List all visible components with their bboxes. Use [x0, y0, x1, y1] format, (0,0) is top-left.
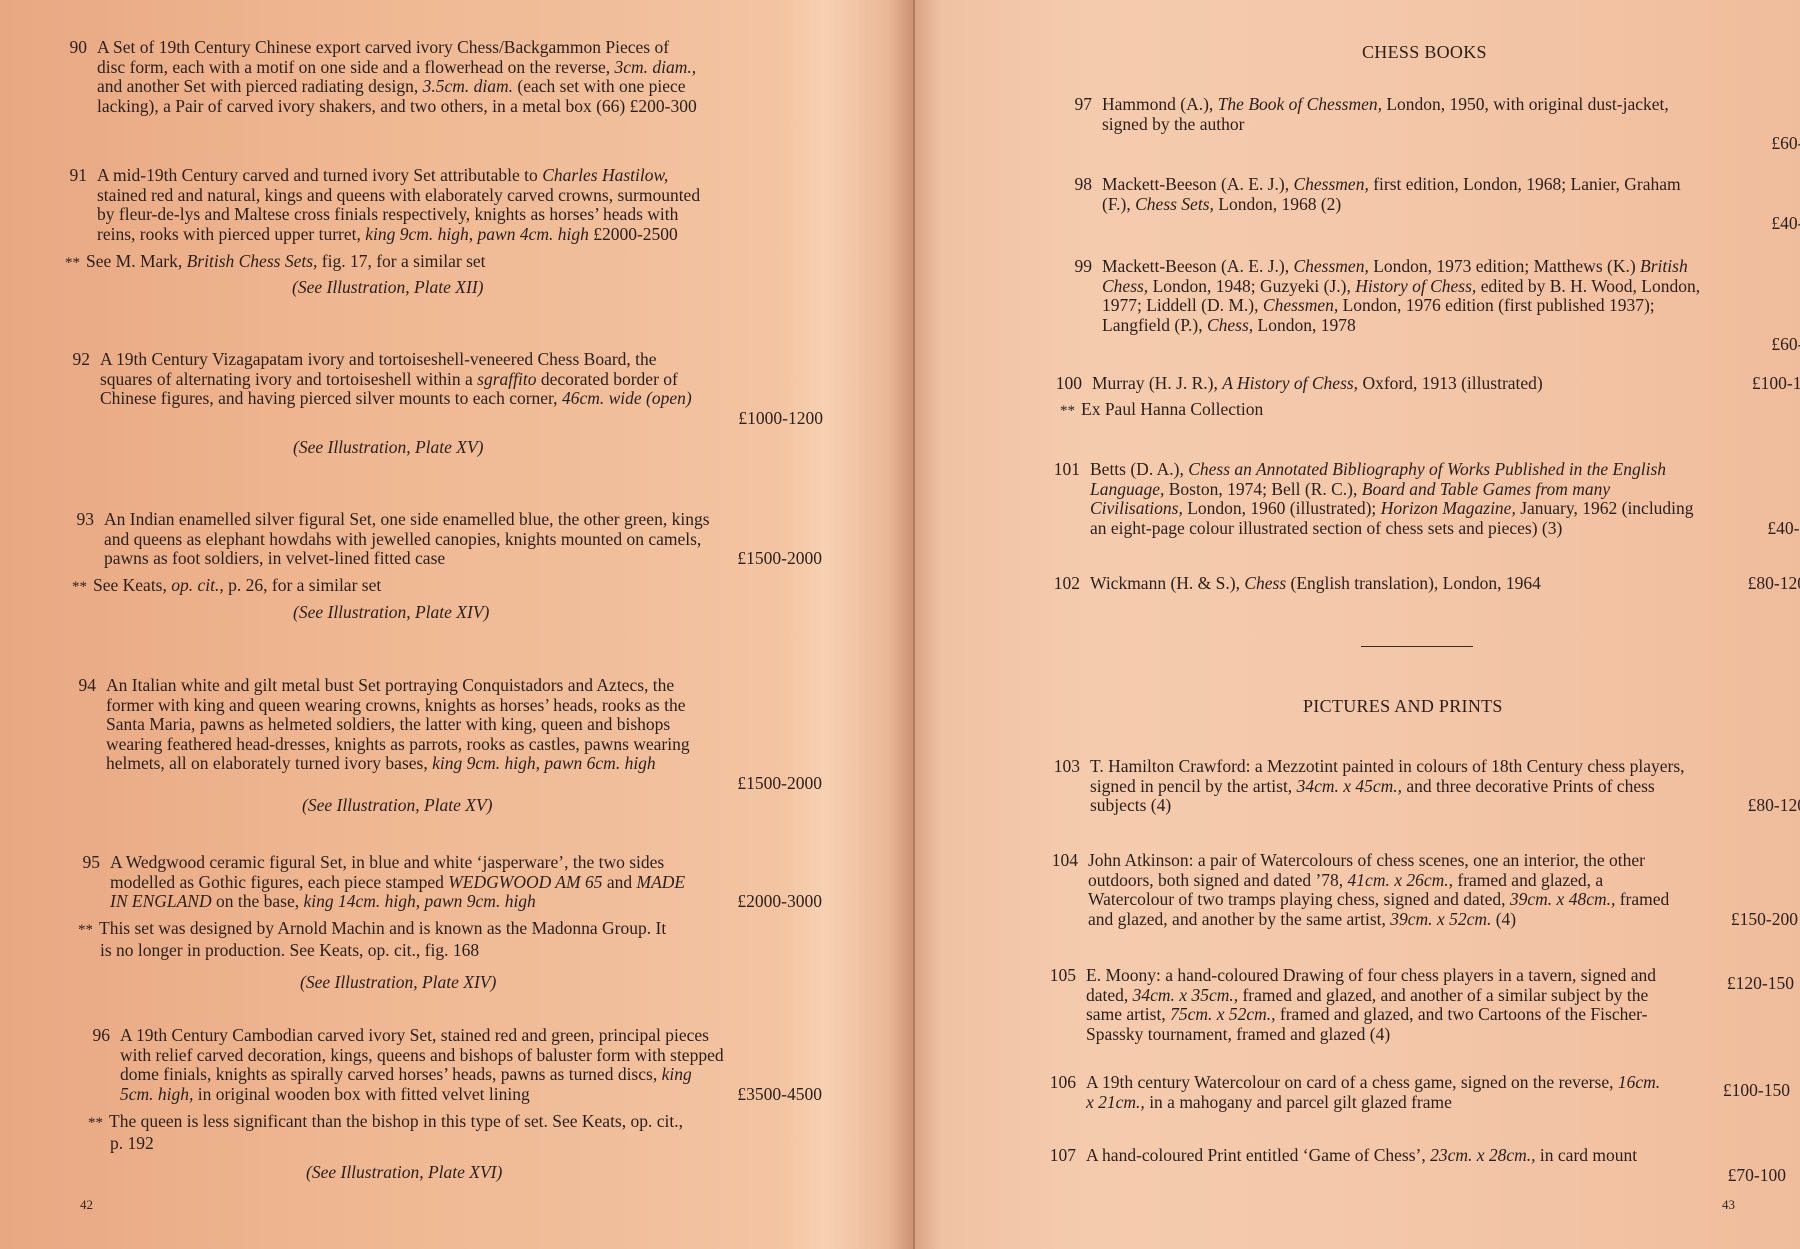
- lot-description: A 19th century Watercolour on card of a …: [1086, 1073, 1790, 1112]
- lot-estimate: £3500-4500: [737, 1085, 822, 1105]
- lot-description: E. Moony: a hand-coloured Drawing of fou…: [1086, 966, 1794, 1044]
- lot-number: 105: [1044, 966, 1076, 986]
- description-line: signed by the author: [1102, 115, 1800, 135]
- asterisk-icon: **: [1060, 403, 1075, 419]
- lot-number: 107: [1044, 1146, 1076, 1166]
- lot-note: **This set was designed by Arnold Machin…: [78, 919, 822, 960]
- note-line: p. 192: [88, 1134, 822, 1154]
- illustration-reference: (See Illustration, Plate XVI): [306, 1163, 502, 1183]
- lot-number: 95: [68, 853, 100, 873]
- lot-description: John Atkinson: a pair of Watercolours of…: [1088, 851, 1798, 929]
- page-number-left: 42: [80, 1197, 93, 1213]
- lot-number: 106: [1044, 1073, 1076, 1093]
- description-line: E. Moony: a hand-coloured Drawing of fou…: [1086, 966, 1794, 986]
- lot-number: 91: [55, 166, 87, 186]
- note-line: **The queen is less significant than the…: [88, 1112, 822, 1134]
- lot-note: **See Keats, op. cit., p. 26, for a simi…: [72, 576, 381, 598]
- description-line: A Set of 19th Century Chinese export car…: [97, 38, 822, 58]
- section-heading-pictures-prints: PICTURES AND PRINTS: [1303, 696, 1503, 717]
- description-line: £100-150Murray (H. J. R.), A History of …: [1092, 374, 1800, 394]
- lot-number: 102: [1048, 574, 1080, 594]
- lot-estimate: £120-150: [1727, 974, 1794, 994]
- description-line: £150-200and glazed, and another by the s…: [1088, 910, 1798, 930]
- lot-description: A 19th Century Vizagapatam ivory and tor…: [100, 350, 823, 428]
- lot-description: A Set of 19th Century Chinese export car…: [97, 38, 822, 116]
- lot-description: Mackett-Beeson (A. E. J.), Chessmen, Lon…: [1102, 257, 1800, 355]
- description-line: An Indian enamelled silver figural Set, …: [104, 510, 822, 530]
- description-line: 1977; Liddell (D. M.), Chessmen, London,…: [1102, 296, 1800, 316]
- lot-number: 101: [1048, 460, 1080, 480]
- description-line: modelled as Gothic figures, each piece s…: [110, 873, 822, 893]
- lot-estimate: £1500-2000: [106, 774, 822, 794]
- lot-description: A 19th Century Cambodian carved ivory Se…: [120, 1026, 822, 1104]
- description-line: A mid-19th Century carved and turned ivo…: [97, 166, 822, 186]
- lot-description: An Indian enamelled silver figural Set, …: [104, 510, 822, 569]
- description-line: Hammond (A.), The Book of Chessmen, Lond…: [1102, 95, 1800, 115]
- lot-description: A mid-19th Century carved and turned ivo…: [97, 166, 822, 244]
- lot-description: A Wedgwood ceramic figural Set, in blue …: [110, 853, 822, 912]
- lot-estimate: £150-200: [1731, 910, 1798, 930]
- lot-number: 103: [1048, 757, 1080, 777]
- asterisk-icon: **: [72, 579, 87, 595]
- description-line: wearing feathered head-dresses, knights …: [106, 735, 822, 755]
- description-line: by fleur-de-lys and Maltese cross finial…: [97, 205, 822, 225]
- description-line: disc form, each with a motif on one side…: [97, 58, 822, 78]
- description-line: John Atkinson: a pair of Watercolours of…: [1088, 851, 1798, 871]
- description-line: Chess, London, 1948; Guzyeki (J.), Histo…: [1102, 277, 1800, 297]
- description-line: stained red and natural, kings and queen…: [97, 186, 822, 206]
- lot-estimate: £40-60: [1767, 519, 1800, 539]
- lot-description: £80-120Wickmann (H. & S.), Chess (Englis…: [1090, 574, 1800, 594]
- lot-number: 104: [1046, 851, 1078, 871]
- asterisk-icon: **: [78, 922, 93, 938]
- description-line: A 19th Century Vizagapatam ivory and tor…: [100, 350, 823, 370]
- note-line: **This set was designed by Arnold Machin…: [78, 919, 822, 941]
- lot-number: 94: [64, 676, 96, 696]
- description-line: squares of alternating ivory and tortois…: [100, 370, 823, 390]
- description-line: A 19th Century Cambodian carved ivory Se…: [120, 1026, 822, 1046]
- description-line: £40-60an eight-page colour illustrated s…: [1090, 519, 1800, 539]
- section-heading-chess-books: CHESS BOOKS: [1362, 42, 1487, 63]
- illustration-reference: (See Illustration, Plate XV): [293, 438, 484, 458]
- lot-estimate: £60-80: [1102, 335, 1800, 355]
- book-gutter: [913, 0, 915, 1249]
- description-line: £2000-3000IN ENGLAND on the base, king 1…: [110, 892, 822, 912]
- lot-number: 98: [1060, 175, 1092, 195]
- description-line: helmets, all on elaborately turned ivory…: [106, 754, 822, 774]
- asterisk-icon: **: [88, 1115, 103, 1131]
- description-line: Spassky tournament, framed and glazed (4…: [1086, 1025, 1794, 1045]
- lot-estimate: £80-120: [1748, 574, 1800, 594]
- description-line: Watercolour of two tramps playing chess,…: [1088, 890, 1798, 910]
- lot-number: 90: [55, 38, 87, 58]
- lot-estimate: £100-150: [1723, 1081, 1790, 1101]
- illustration-reference: (See Illustration, Plate XII): [292, 278, 483, 298]
- description-line: £100-150x 21cm., in a mahogany and parce…: [1086, 1093, 1790, 1113]
- lot-estimate: £60-80: [1102, 134, 1800, 154]
- section-divider: [1361, 646, 1473, 647]
- lot-number: 96: [78, 1026, 110, 1046]
- description-line: with relief carved decoration, kings, qu…: [120, 1046, 822, 1066]
- lot-number: 93: [62, 510, 94, 530]
- description-line: Langfield (P.), Chess, London, 1978: [1102, 316, 1800, 336]
- description-line: Mackett-Beeson (A. E. J.), Chessmen, fir…: [1102, 175, 1800, 195]
- description-line: (F.), Chess Sets, London, 1968 (2): [1102, 195, 1800, 215]
- lot-description: T. Hamilton Crawford: a Mezzotint painte…: [1090, 757, 1800, 816]
- lot-number: 92: [58, 350, 90, 370]
- lot-note: **See M. Mark, British Chess Sets, fig. …: [65, 252, 486, 274]
- description-line: Chinese figures, and having pierced silv…: [100, 389, 823, 409]
- lot-estimate: £40-60: [1102, 214, 1800, 234]
- description-line: Civilisations, London, 1960 (illustrated…: [1090, 499, 1800, 519]
- lot-description: £100-150Murray (H. J. R.), A History of …: [1092, 374, 1800, 394]
- lot-estimate: £1500-2000: [737, 549, 822, 569]
- description-line: former with king and queen wearing crown…: [106, 696, 822, 716]
- lot-description: Mackett-Beeson (A. E. J.), Chessmen, fir…: [1102, 175, 1800, 234]
- description-line: An Italian white and gilt metal bust Set…: [106, 676, 822, 696]
- illustration-reference: (See Illustration, Plate XIV): [293, 603, 489, 623]
- description-line: A hand-coloured Print entitled ‘Game of …: [1086, 1146, 1786, 1166]
- lot-estimate: £100-150: [1752, 374, 1800, 394]
- description-line: £80-120Wickmann (H. & S.), Chess (Englis…: [1090, 574, 1800, 594]
- description-line: Santa Maria, pawns as helmeted soldiers,…: [106, 715, 822, 735]
- description-line: and queens as elephant howdahs with jewe…: [104, 530, 822, 550]
- description-line: Betts (D. A.), Chess an Annotated Biblio…: [1090, 460, 1800, 480]
- page-number-right: 43: [1722, 1197, 1735, 1213]
- description-line: £120-150dated, 34cm. x 35cm., framed and…: [1086, 986, 1794, 1006]
- description-line: signed in pencil by the artist, 34cm. x …: [1090, 777, 1800, 797]
- description-line: same artist, 75cm. x 52cm., framed and g…: [1086, 1005, 1794, 1025]
- description-line: A 19th century Watercolour on card of a …: [1086, 1073, 1790, 1093]
- description-line: A Wedgwood ceramic figural Set, in blue …: [110, 853, 822, 873]
- lot-number: 99: [1060, 257, 1092, 277]
- lot-description: Hammond (A.), The Book of Chessmen, Lond…: [1102, 95, 1800, 154]
- note-line: is no longer in production. See Keats, o…: [78, 941, 822, 961]
- description-line: lacking), a Pair of carved ivory shakers…: [97, 97, 822, 117]
- lot-estimate: £1000-1200: [100, 409, 823, 429]
- lot-estimate: £70-100: [1086, 1166, 1786, 1186]
- description-line: Mackett-Beeson (A. E. J.), Chessmen, Lon…: [1102, 257, 1800, 277]
- lot-estimate: £2000-3000: [737, 892, 822, 912]
- lot-description: A hand-coloured Print entitled ‘Game of …: [1086, 1146, 1786, 1185]
- lot-number: 100: [1050, 374, 1082, 394]
- lot-number: 97: [1060, 95, 1092, 115]
- description-line: dome finials, knights as spirally carved…: [120, 1065, 822, 1085]
- lot-note: **Ex Paul Hanna Collection: [1060, 400, 1263, 422]
- illustration-reference: (See Illustration, Plate XIV): [300, 973, 496, 993]
- description-line: Language, Boston, 1974; Bell (R. C.), Bo…: [1090, 480, 1800, 500]
- description-line: £1500-2000pawns as foot soldiers, in vel…: [104, 549, 822, 569]
- description-line: outdoors, both signed and dated ’78, 41c…: [1088, 871, 1798, 891]
- description-line: T. Hamilton Crawford: a Mezzotint painte…: [1090, 757, 1800, 777]
- lot-description: An Italian white and gilt metal bust Set…: [106, 676, 822, 793]
- lot-estimate: £80-120: [1090, 796, 1800, 816]
- illustration-reference: (See Illustration, Plate XV): [302, 796, 493, 816]
- lot-description: Betts (D. A.), Chess an Annotated Biblio…: [1090, 460, 1800, 538]
- asterisk-icon: **: [65, 255, 80, 271]
- lot-note: **The queen is less significant than the…: [88, 1112, 822, 1153]
- description-line: reins, rooks with pierced upper turret, …: [97, 225, 822, 245]
- description-line: and another Set with pierced radiating d…: [97, 77, 822, 97]
- description-line: £3500-45005cm. high, in original wooden …: [120, 1085, 822, 1105]
